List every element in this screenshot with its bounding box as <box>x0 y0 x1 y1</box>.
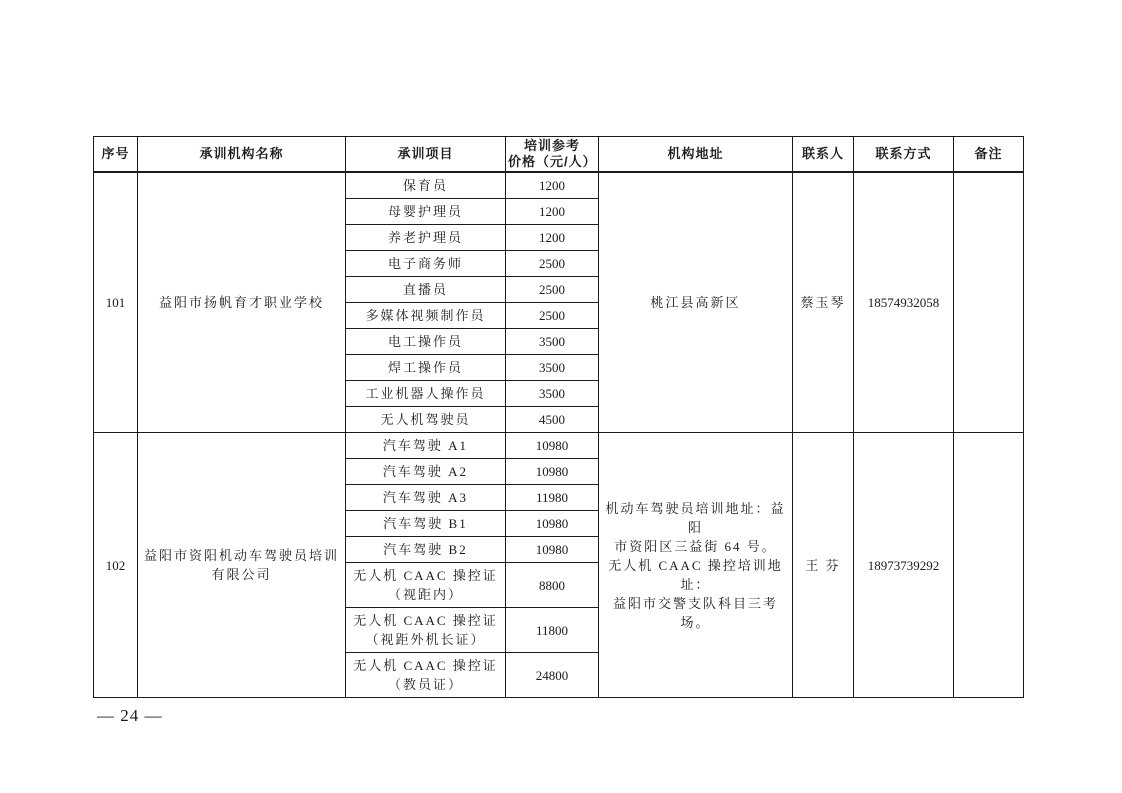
address-cell: 桃江县高新区 <box>599 172 793 433</box>
price-cell: 2500 <box>506 277 599 303</box>
project-name-cell: 焊工操作员 <box>346 355 506 381</box>
price-cell: 3500 <box>506 355 599 381</box>
page-number: — 24 — <box>97 706 163 726</box>
contact-person-cell: 王 芬 <box>793 433 854 698</box>
project-name-cell: 无人机 CAAC 操控证（教员证） <box>346 653 506 698</box>
project-name-cell: 工业机器人操作员 <box>346 381 506 407</box>
price-cell: 10980 <box>506 433 599 459</box>
price-cell: 11980 <box>506 485 599 511</box>
price-cell: 2500 <box>506 303 599 329</box>
column-header-contact: 联系人 <box>793 137 854 173</box>
column-header-phone: 联系方式 <box>854 137 954 173</box>
serial-cell: 101 <box>94 172 138 433</box>
table-header-row: 序号承训机构名称承训项目培训参考价格（元/人）机构地址联系人联系方式备注 <box>94 137 1024 173</box>
table-body: 101益阳市扬帆育才职业学校保育员1200桃江县高新区蔡玉琴1857493205… <box>94 172 1024 698</box>
price-cell: 1200 <box>506 199 599 225</box>
project-name-cell: 无人机 CAAC 操控证（视距内） <box>346 563 506 608</box>
project-name-cell: 汽车驾驶 B1 <box>346 511 506 537</box>
institution-name-cell: 益阳市资阳机动车驾驶员培训有限公司 <box>138 433 346 698</box>
serial-cell: 102 <box>94 433 138 698</box>
project-name-cell: 汽车驾驶 A2 <box>346 459 506 485</box>
contact-person-cell: 蔡玉琴 <box>793 172 854 433</box>
column-header-address: 机构地址 <box>599 137 793 173</box>
table-row: 102益阳市资阳机动车驾驶员培训有限公司汽车驾驶 A110980机动车驾驶员培训… <box>94 433 1024 459</box>
price-cell: 8800 <box>506 563 599 608</box>
project-name-cell: 直播员 <box>346 277 506 303</box>
contact-phone-cell: 18574932058 <box>854 172 954 433</box>
document-page: 序号承训机构名称承训项目培训参考价格（元/人）机构地址联系人联系方式备注 101… <box>0 0 1122 793</box>
price-cell: 10980 <box>506 537 599 563</box>
project-name-cell: 电工操作员 <box>346 329 506 355</box>
price-cell: 2500 <box>506 251 599 277</box>
address-cell: 机动车驾驶员培训地址：益阳市资阳区三益街 64 号。无人机 CAAC 操控培训地… <box>599 433 793 698</box>
price-cell: 11800 <box>506 608 599 653</box>
project-name-cell: 母婴护理员 <box>346 199 506 225</box>
column-header-price: 培训参考价格（元/人） <box>506 137 599 173</box>
contact-phone-cell: 18973739292 <box>854 433 954 698</box>
project-name-cell: 汽车驾驶 B2 <box>346 537 506 563</box>
price-cell: 24800 <box>506 653 599 698</box>
training-institutions-table: 序号承训机构名称承训项目培训参考价格（元/人）机构地址联系人联系方式备注 101… <box>93 136 1024 698</box>
project-name-cell: 无人机 CAAC 操控证（视距外机长证） <box>346 608 506 653</box>
column-header-serial: 序号 <box>94 137 138 173</box>
note-cell <box>954 172 1024 433</box>
institution-name-cell: 益阳市扬帆育才职业学校 <box>138 172 346 433</box>
price-cell: 3500 <box>506 381 599 407</box>
project-name-cell: 无人机驾驶员 <box>346 407 506 433</box>
price-cell: 1200 <box>506 172 599 199</box>
table-row: 101益阳市扬帆育才职业学校保育员1200桃江县高新区蔡玉琴1857493205… <box>94 172 1024 199</box>
project-name-cell: 汽车驾驶 A1 <box>346 433 506 459</box>
price-cell: 10980 <box>506 511 599 537</box>
column-header-institution: 承训机构名称 <box>138 137 346 173</box>
project-name-cell: 电子商务师 <box>346 251 506 277</box>
price-cell: 4500 <box>506 407 599 433</box>
column-header-project: 承训项目 <box>346 137 506 173</box>
price-cell: 10980 <box>506 459 599 485</box>
column-header-note: 备注 <box>954 137 1024 173</box>
project-name-cell: 保育员 <box>346 172 506 199</box>
price-cell: 3500 <box>506 329 599 355</box>
note-cell <box>954 433 1024 698</box>
price-cell: 1200 <box>506 225 599 251</box>
project-name-cell: 汽车驾驶 A3 <box>346 485 506 511</box>
project-name-cell: 养老护理员 <box>346 225 506 251</box>
project-name-cell: 多媒体视频制作员 <box>346 303 506 329</box>
